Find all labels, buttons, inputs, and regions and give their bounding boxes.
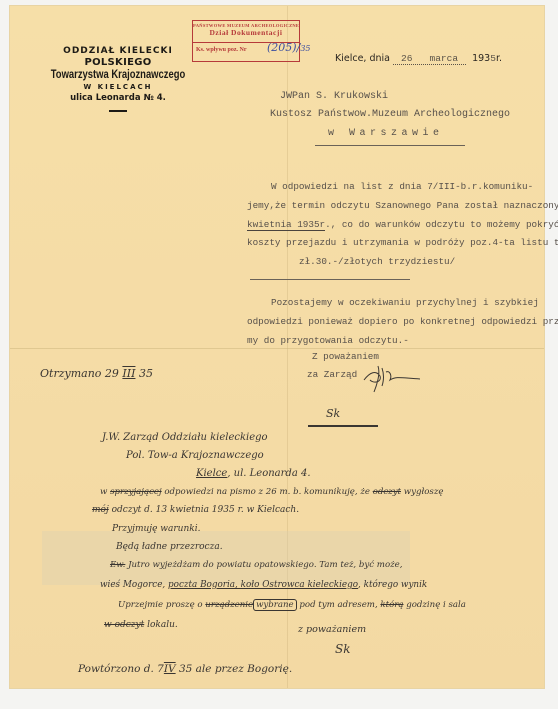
highlighted-region (42, 531, 410, 585)
stamp-incoming-number: (205)/35 (267, 41, 311, 54)
draft-line: Uprzejmie proszę o urządzeniewybrane pod… (118, 600, 466, 610)
letterhead: ODDZIAŁ KIELECKI POLSKIEGO Towarzystwa K… (48, 46, 188, 112)
draft-line: Kielce, ul. Leonarda 4. (196, 468, 311, 479)
stamp-incoming-label: Ks. wpływu poz. Nr (196, 47, 247, 53)
dateline-year-prefix: 193 (472, 53, 490, 64)
repeat-note: Powtórzono d. 7IV 35 ale przez Bogorię. (78, 663, 292, 675)
dateline-day: 26 marca (393, 53, 466, 65)
draft-line: Pol. Tow-a Krajoznawczego (126, 450, 264, 461)
letter-paragraph-2: Pozostajemy w oczekiwaniu przychylnej i … (247, 294, 558, 350)
signature-scrawl (362, 362, 422, 394)
body-line: zł.30.-/złotych trzydziestu/ (247, 253, 547, 272)
stamp-department: Dział Dokumentacji (193, 28, 299, 37)
draft-line: Ew. Jutro wyjeżdżam do powiatu opatowski… (110, 560, 402, 570)
letterhead-polish: POLSKIEGO (48, 57, 188, 68)
draft-closing: z poważaniem (298, 624, 366, 635)
body-line: Pozostajemy w oczekiwaniu przychylnej i … (247, 294, 558, 313)
dateline: Kielce, dnia 26 marca 1935r. (335, 53, 502, 64)
reviewer-initials: Sk (326, 407, 340, 420)
body-line: odpowiedzi ponieważ dopiero po konkretne… (247, 313, 558, 332)
letter-body: W odpowiedzi na list z dnia 7/III-b.r.ko… (247, 178, 547, 272)
archive-stamp: PAŃSTWOWE MUZEUM ARCHEOLOGICZNE Dział Do… (192, 20, 300, 62)
letterhead-dash (109, 110, 127, 112)
body-line: jemy,że termin odczytu Szanownego Pana z… (247, 197, 547, 216)
received-note: Otrzymano 29 III 35 (40, 367, 153, 380)
initials-rule (308, 425, 378, 427)
address-rule (315, 145, 465, 146)
body-line: W odpowiedzi na list z dnia 7/III-b.r.ko… (247, 178, 547, 197)
draft-line: mój odczyt d. 13 kwietnia 1935 r. w Kiel… (92, 505, 299, 515)
draft-line: wieś Mogorce, poczta Bogoria, koło Ostro… (100, 580, 427, 590)
recipient-city: w Warszawie (328, 128, 444, 139)
body-line: my do przygotowania odczytu.- (247, 332, 558, 351)
letterhead-society: Towarzystwa Krajoznawczego (44, 69, 192, 81)
draft-line: Przyjmuję warunki. (112, 524, 200, 534)
draft-line: w sprzyjającej odpowiedzi na pismo z 26 … (100, 487, 443, 497)
draft-initials: Sk (335, 642, 351, 656)
body-rule (250, 279, 410, 280)
recipient-title: Kustosz Państwow.Muzeum Archeologicznego (270, 109, 510, 120)
dateline-place: Kielce, dnia (335, 53, 390, 64)
draft-line: Będą ładne przezrocza. (116, 542, 223, 552)
dateline-r: r. (496, 53, 502, 64)
stamp-institution: PAŃSTWOWE MUZEUM ARCHEOLOGICZNE (193, 21, 299, 28)
letterhead-city: W KIELCACH (48, 83, 188, 91)
body-line: koszty przejazdu i utrzymania w podróży … (247, 234, 547, 253)
letterhead-branch: ODDZIAŁ KIELECKI (48, 46, 188, 56)
draft-line: J.W. Zarząd Oddziału kieleckiego (102, 432, 268, 443)
body-line: kwietnia 1935r., co do warunków odczytu … (247, 216, 547, 235)
letterhead-address: ulica Leonarda № 4. (48, 93, 188, 103)
recipient-name: JWPan S. Krukowski (280, 91, 388, 102)
draft-line: w odczyt lokalu. (104, 620, 178, 630)
